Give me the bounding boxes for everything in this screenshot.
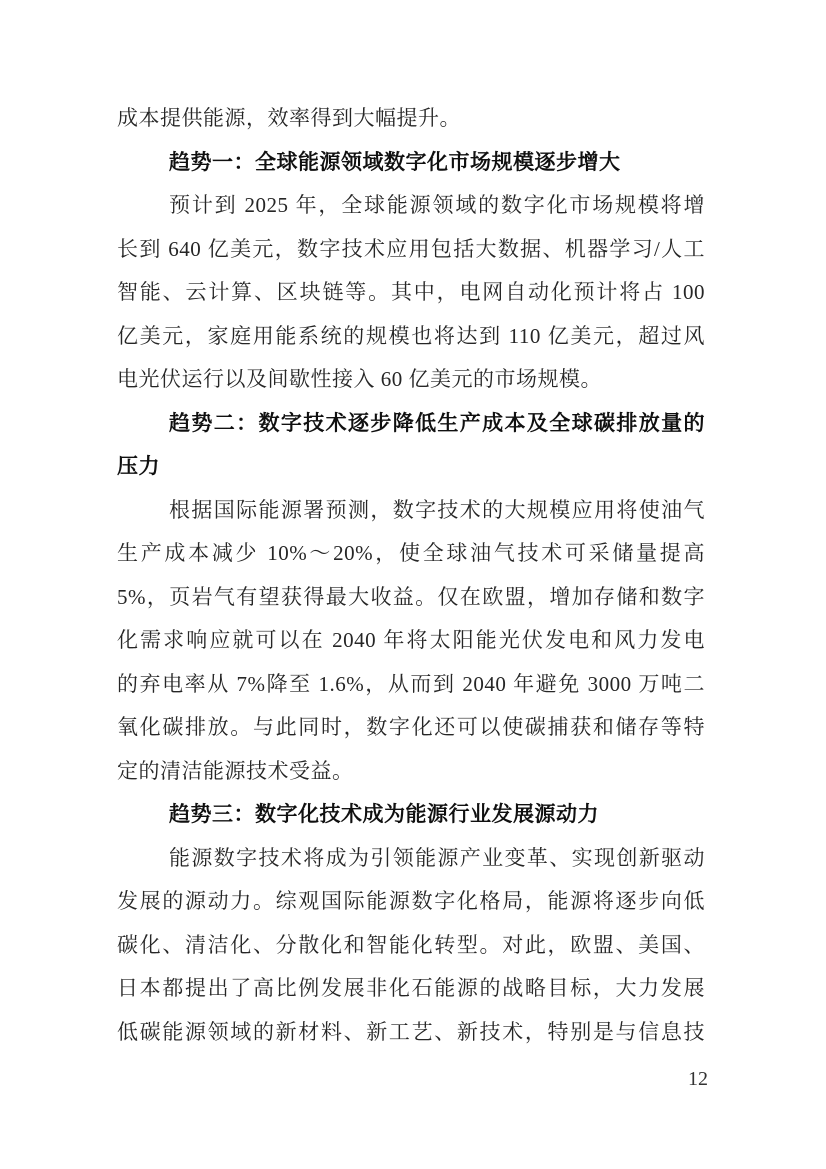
text-line: 长到 640 亿美元，数字技术应用包括大数据、机器学习/人工 [117, 228, 705, 272]
heading-line: 压力 [117, 445, 705, 489]
page-number: 12 [682, 1066, 714, 1092]
heading-line: 趋势二：数字技术逐步降低生产成本及全球碳排放量的 [117, 402, 705, 446]
text-line: 电光伏运行以及间歇性接入 60 亿美元的市场规模。 [117, 358, 705, 402]
text-line: 化需求响应就可以在 2040 年将太阳能光伏发电和风力发电 [117, 619, 705, 663]
text-line: 生产成本减少 10%～20%，使全球油气技术可采储量提高 [117, 532, 705, 576]
text-line: 发展的源动力。综观国际能源数字化格局，能源将逐步向低 [117, 880, 705, 924]
text-line: 碳化、清洁化、分散化和智能化转型。对此，欧盟、美国、 [117, 924, 705, 968]
text-line: 5%，页岩气有望获得最大收益。仅在欧盟，增加存储和数字 [117, 576, 705, 620]
heading-line: 趋势一：全球能源领域数字化市场规模逐步增大 [117, 141, 705, 185]
text-line: 的弃电率从 7%降至 1.6%，从而到 2040 年避免 3000 万吨二 [117, 663, 705, 707]
text-line: 智能、云计算、区块链等。其中，电网自动化预计将占 100 [117, 271, 705, 315]
text-line: 根据国际能源署预测，数字技术的大规模应用将使油气 [117, 489, 705, 533]
text-line: 氧化碳排放。与此同时，数字化还可以使碳捕获和储存等特 [117, 706, 705, 750]
text-line: 日本都提出了高比例发展非化石能源的战略目标，大力发展 [117, 967, 705, 1011]
text-line: 预计到 2025 年，全球能源领域的数字化市场规模将增 [117, 184, 705, 228]
text-line: 成本提供能源，效率得到大幅提升。 [117, 97, 705, 141]
page-body-text: 成本提供能源，效率得到大幅提升。 趋势一：全球能源领域数字化市场规模逐步增大 预… [117, 97, 705, 1054]
document-page: 成本提供能源，效率得到大幅提升。 趋势一：全球能源领域数字化市场规模逐步增大 预… [0, 0, 826, 1169]
heading-line: 趋势三：数字化技术成为能源行业发展源动力 [117, 793, 705, 837]
text-line: 亿美元，家庭用能系统的规模也将达到 110 亿美元，超过风 [117, 315, 705, 359]
text-line: 能源数字技术将成为引领能源产业变革、实现创新驱动 [117, 837, 705, 881]
text-line: 定的清洁能源技术受益。 [117, 750, 705, 794]
text-line: 低碳能源领域的新材料、新工艺、新技术，特别是与信息技 [117, 1011, 705, 1055]
